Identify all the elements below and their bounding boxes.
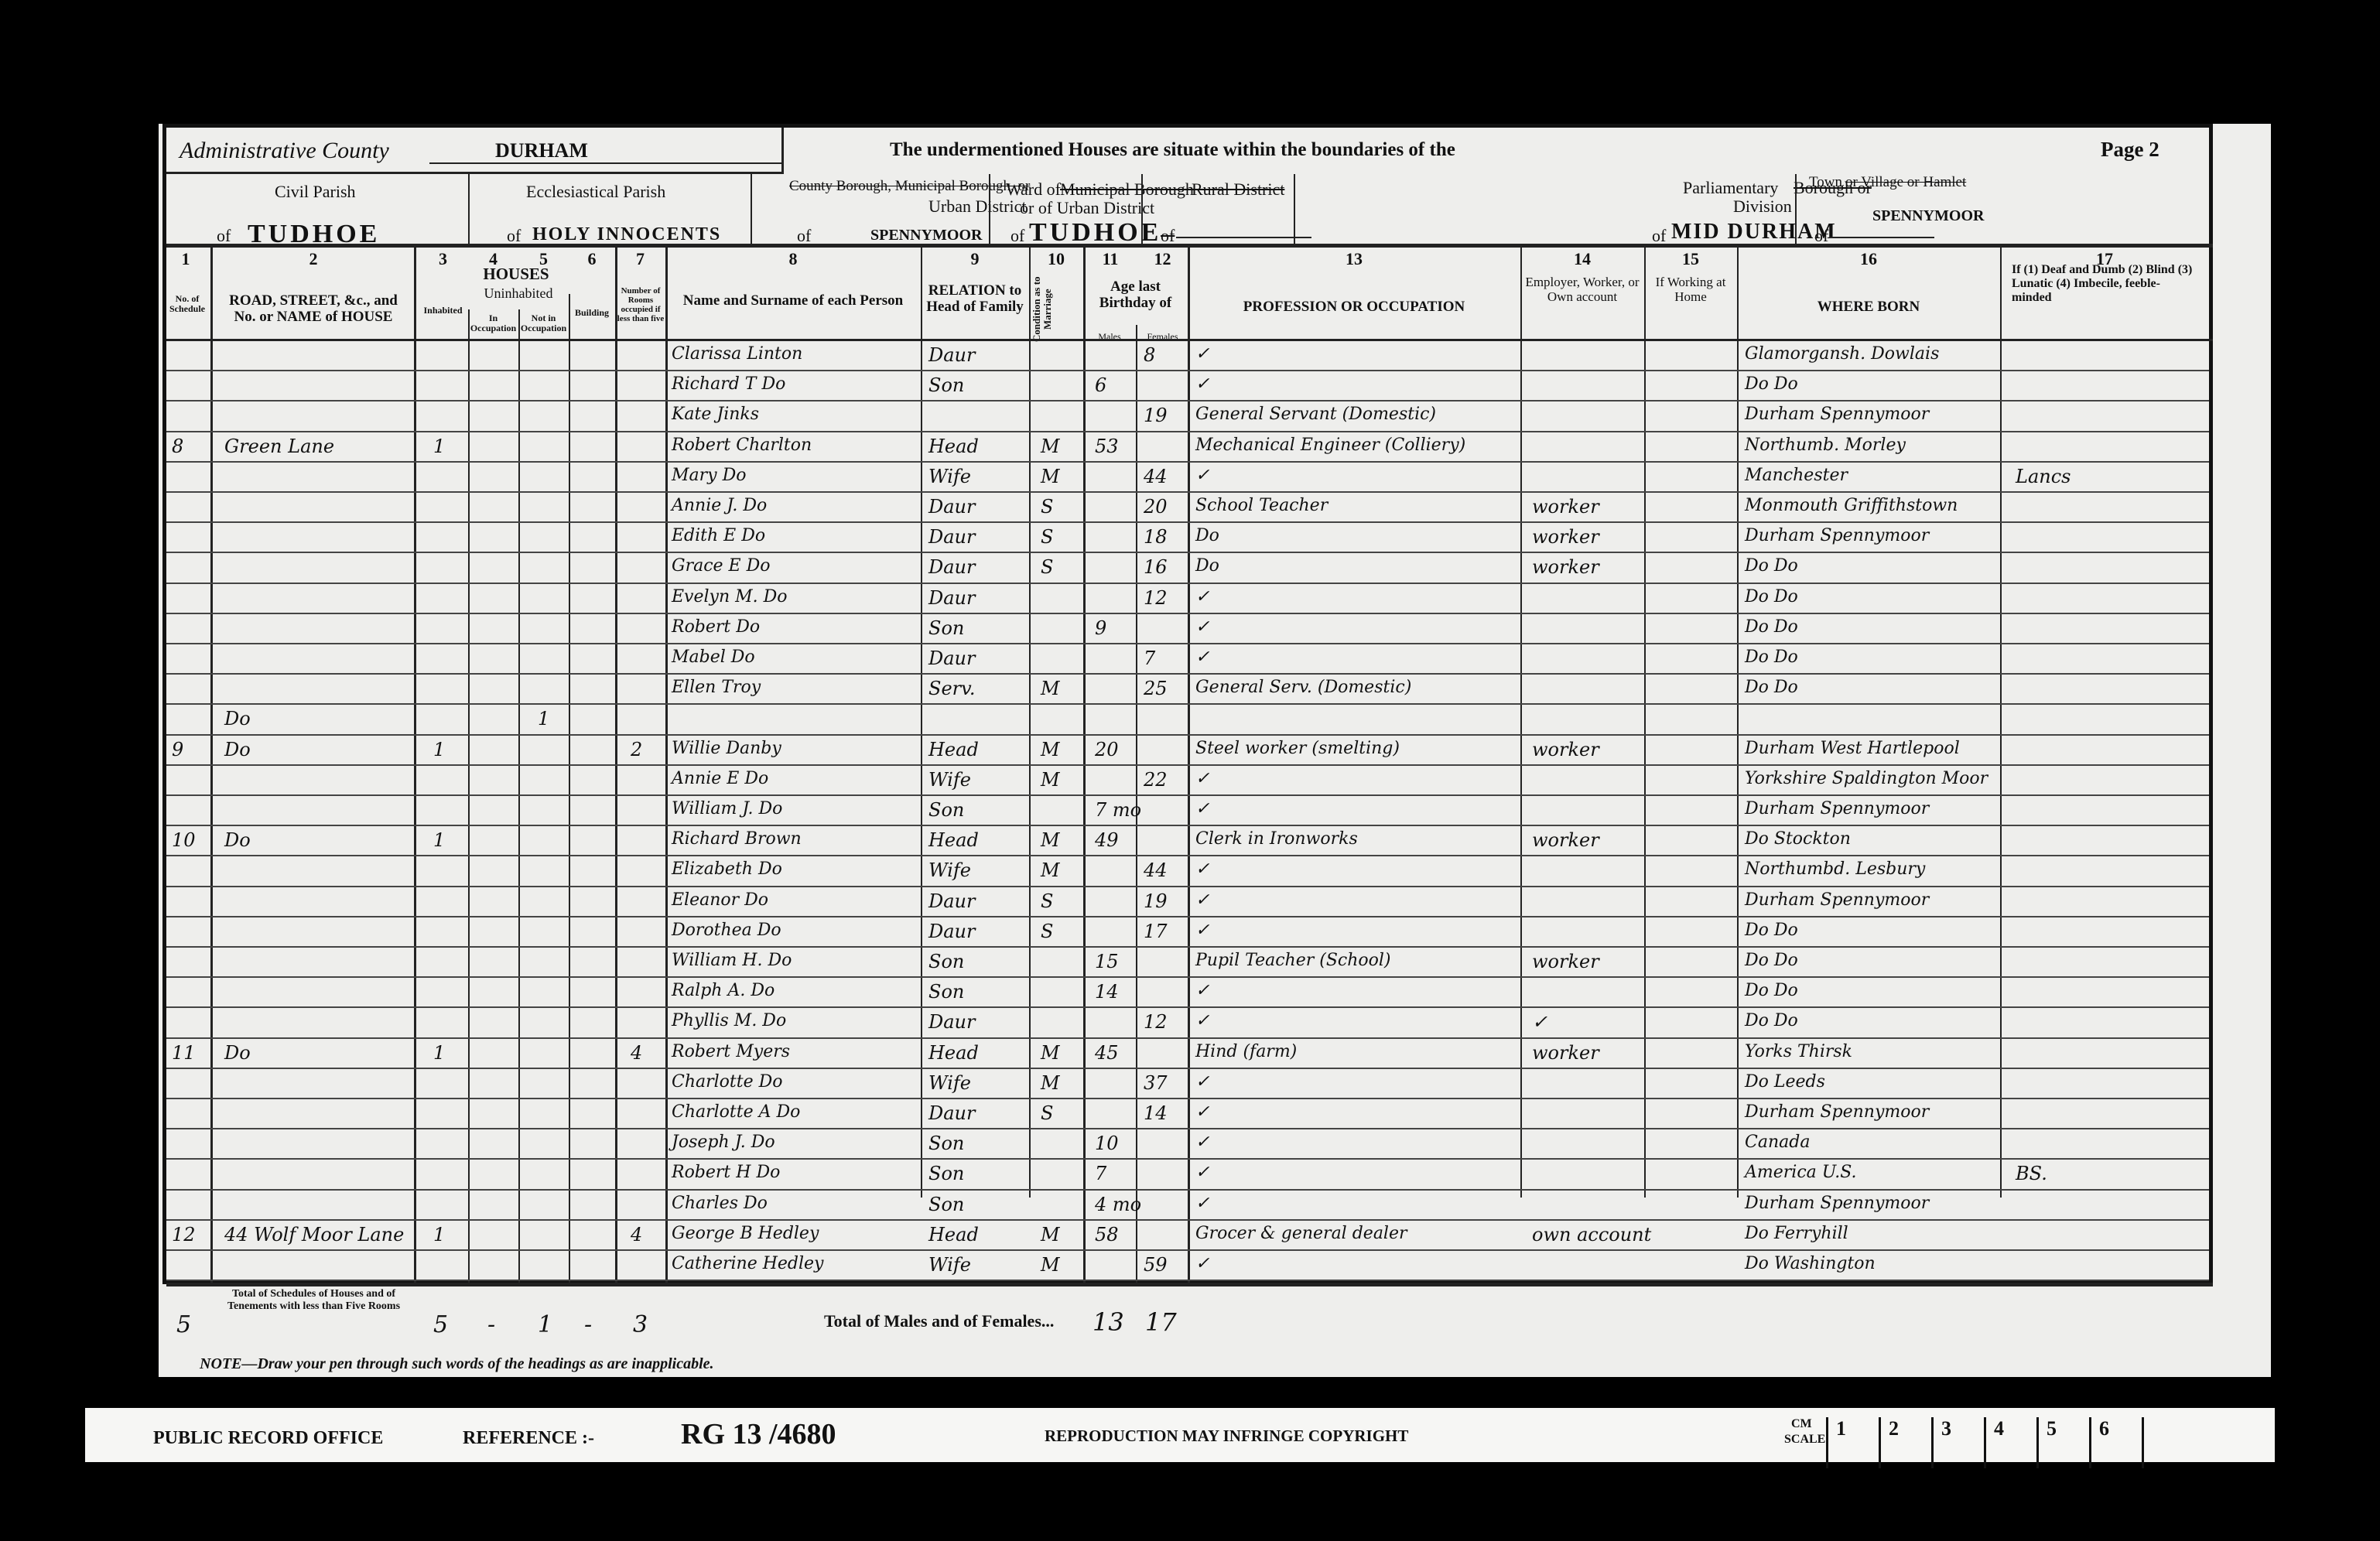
- age-female: 12: [1144, 587, 1168, 609]
- person-name: George B Hedley: [672, 1224, 819, 1243]
- relation: Son: [928, 1133, 964, 1154]
- person-name: Phyllis M. Do: [672, 1011, 786, 1030]
- total-inhabited: 5: [433, 1311, 448, 1338]
- birthplace: Do Do: [1745, 374, 1798, 394]
- employment-status: worker: [1532, 556, 1599, 578]
- birthplace: Do Leeds: [1745, 1072, 1825, 1092]
- person-name: Charles Do: [672, 1194, 768, 1213]
- relation: Head: [928, 436, 979, 457]
- admin-county-value: DURHAM: [495, 139, 588, 162]
- occupation: ✓: [1195, 890, 1209, 910]
- rooms: 2: [631, 739, 642, 760]
- occupation: ✓: [1195, 374, 1209, 394]
- condition: M: [1041, 739, 1060, 760]
- occupation: Hind (farm): [1195, 1042, 1297, 1061]
- occupation: Do: [1195, 526, 1219, 545]
- employment-status: worker: [1532, 951, 1599, 972]
- birthplace: Yorkshire Spaldington Moor: [1745, 769, 1988, 788]
- birthplace: Do Do: [1745, 981, 1798, 1000]
- inhabited: 1: [433, 1042, 445, 1064]
- person-name: Willie Danby: [672, 739, 781, 758]
- person-name: Mabel Do: [672, 647, 755, 667]
- birthplace: Durham Spennymoor: [1745, 1194, 1929, 1213]
- rooms: 4: [631, 1224, 642, 1245]
- footer-copyright: REPRODUCTION MAY INFRINGE COPYRIGHT: [1045, 1427, 1408, 1446]
- birthplace: Durham West Hartlepool: [1745, 739, 1960, 758]
- occupation: ✓: [1195, 466, 1209, 485]
- age-male: 49: [1095, 829, 1119, 851]
- relation: Daur: [928, 1011, 975, 1033]
- person-name: Ralph A. Do: [672, 981, 775, 1000]
- footer-reference-label: REFERENCE :-: [463, 1428, 594, 1449]
- birthplace: Glamorgansh. Dowlais: [1745, 344, 1939, 364]
- condition: M: [1041, 769, 1060, 791]
- town-value: SPENNYMOOR: [1872, 207, 1984, 225]
- condition: S: [1041, 890, 1053, 912]
- inhabited: 1: [433, 739, 445, 760]
- condition: M: [1041, 466, 1060, 487]
- age-female: 16: [1144, 556, 1168, 578]
- person-name: Clarissa Linton: [672, 344, 802, 364]
- condition: M: [1041, 436, 1060, 457]
- occupation: Pupil Teacher (School): [1195, 951, 1391, 970]
- person-name: Eleanor Do: [672, 890, 768, 910]
- age-female: 20: [1144, 496, 1168, 518]
- person-name: Elizabeth Do: [672, 859, 782, 879]
- birthplace: Do Ferryhill: [1745, 1224, 1848, 1243]
- age-male: 4 mo: [1095, 1194, 1141, 1215]
- inhabited: 1: [433, 436, 445, 457]
- age-female: 17: [1144, 921, 1168, 942]
- employment-status: worker: [1532, 496, 1599, 518]
- relation: Head: [928, 1042, 979, 1064]
- birthplace: Do Do: [1745, 951, 1798, 970]
- condition: S: [1041, 921, 1053, 942]
- condition: M: [1041, 1072, 1060, 1094]
- archive-footer: PUBLIC RECORD OFFICE REFERENCE :- RG 13 …: [85, 1402, 2275, 1468]
- birthplace: Do Washington: [1745, 1254, 1876, 1273]
- age-female: 37: [1144, 1072, 1168, 1094]
- age-male: 6: [1095, 374, 1106, 396]
- occupation: ✓: [1195, 921, 1209, 940]
- occupation: General Servant (Domestic): [1195, 405, 1436, 424]
- relation: Son: [928, 951, 964, 972]
- person-name: Annie E Do: [672, 769, 768, 788]
- relation: Head: [928, 829, 979, 851]
- schedule-number: 9: [172, 739, 183, 760]
- age-female: 7: [1144, 647, 1155, 669]
- relation: Son: [928, 981, 964, 1003]
- person-name: Robert H Do: [672, 1163, 780, 1182]
- age-female: 8: [1144, 344, 1155, 366]
- age-female: 22: [1144, 769, 1168, 791]
- condition: M: [1041, 1254, 1060, 1276]
- relation: Daur: [928, 344, 975, 366]
- birthplace: Manchester: [1745, 466, 1848, 485]
- uninhabited-not-in-occupation: 1: [538, 708, 549, 729]
- age-male: 53: [1095, 436, 1119, 457]
- occupation: ✓: [1195, 981, 1209, 1000]
- ward-label: Ward of: [1006, 179, 1061, 200]
- age-female: 44: [1144, 859, 1168, 881]
- person-name: Grace E Do: [672, 556, 770, 576]
- parliamentary-value: MID DURHAM: [1671, 220, 1837, 244]
- condition: M: [1041, 829, 1060, 851]
- age-female: 19: [1144, 890, 1168, 912]
- person-name: Edith E Do: [672, 526, 765, 545]
- totals-label: Total of Schedules of Houses and of Tene…: [215, 1288, 412, 1313]
- person-name: Richard T Do: [672, 374, 785, 394]
- total-females: 17: [1145, 1307, 1177, 1337]
- address: Do: [224, 1042, 251, 1064]
- person-name: Charlotte A Do: [672, 1102, 800, 1122]
- occupation: ✓: [1195, 617, 1209, 637]
- relation: Son: [928, 1163, 964, 1184]
- occupation: ✓: [1195, 769, 1209, 788]
- occupation: ✓: [1195, 344, 1209, 364]
- note: NOTE—Draw your pen through such words of…: [200, 1355, 714, 1373]
- person-name: Mary Do: [672, 466, 746, 485]
- total-rooms: 3: [633, 1311, 648, 1338]
- relation: Daur: [928, 526, 975, 548]
- total-not-in-occupation: 1: [538, 1311, 552, 1338]
- birthplace: Do Stockton: [1745, 829, 1851, 849]
- person-name: Robert Do: [672, 617, 760, 637]
- occupation: Do: [1195, 556, 1219, 576]
- employment-status: worker: [1532, 829, 1599, 851]
- condition: M: [1041, 859, 1060, 881]
- condition: S: [1041, 526, 1053, 548]
- age-male: 10: [1095, 1133, 1119, 1154]
- ward-label-struck: Municipal Borough: [1060, 179, 1194, 200]
- address: Do: [224, 739, 251, 760]
- inhabited: 1: [433, 829, 445, 851]
- age-male: 58: [1095, 1224, 1119, 1245]
- address: Do: [224, 708, 251, 729]
- town-label-struck: or Village or Hamlet: [1845, 174, 1966, 191]
- occupation: ✓: [1195, 1163, 1209, 1182]
- birthplace: Do Do: [1745, 1011, 1798, 1030]
- birthplace: Do Do: [1745, 647, 1798, 667]
- occupation: Mechanical Engineer (Colliery): [1195, 436, 1465, 455]
- relation: Wife: [928, 1072, 971, 1094]
- occupation: Grocer & general dealer: [1195, 1224, 1407, 1243]
- relation: Son: [928, 1194, 964, 1215]
- schedule-number: 10: [172, 829, 196, 851]
- relation: Wife: [928, 769, 971, 791]
- age-male: 20: [1095, 739, 1119, 760]
- footer-reference: RG 13 /4680: [681, 1417, 836, 1451]
- occupation: General Serv. (Domestic): [1195, 678, 1411, 697]
- urban-district-value: SPENNYMOOR: [870, 227, 982, 244]
- relation: Wife: [928, 1254, 971, 1276]
- inhabited: 1: [433, 1224, 445, 1245]
- relation: Daur: [928, 556, 975, 578]
- relation: Son: [928, 374, 964, 396]
- person-name: Robert Myers: [672, 1042, 790, 1061]
- age-female: 59: [1144, 1254, 1168, 1276]
- person-name: Joseph J. Do: [672, 1133, 775, 1152]
- birthplace: America U.S.: [1745, 1163, 1857, 1182]
- total-males-females-label: Total of Males and of Females...: [824, 1311, 1054, 1331]
- birthplace: Northumb. Morley: [1745, 436, 1906, 455]
- occupation: ✓: [1195, 1194, 1209, 1213]
- birthplace: Do Do: [1745, 617, 1798, 637]
- relation: Daur: [928, 647, 975, 669]
- age-female: 25: [1144, 678, 1168, 699]
- condition: M: [1041, 1042, 1060, 1064]
- birthplace: Northumbd. Lesbury: [1745, 859, 1925, 879]
- relation: Serv.: [928, 678, 975, 699]
- occupation: ✓: [1195, 799, 1209, 818]
- schedule-number: 11: [172, 1042, 196, 1064]
- total-males: 13: [1093, 1307, 1124, 1337]
- occupation: ✓: [1195, 647, 1209, 667]
- birthplace: Monmouth Griffithstown: [1745, 496, 1958, 515]
- occupation: ✓: [1195, 587, 1209, 606]
- person-name: Richard Brown: [672, 829, 802, 849]
- birthplace: Do Do: [1745, 556, 1798, 576]
- condition: S: [1041, 1102, 1053, 1124]
- occupation: ✓: [1195, 1102, 1209, 1122]
- relation: Head: [928, 739, 979, 760]
- condition: S: [1041, 556, 1053, 578]
- total-schedules: 5: [176, 1311, 191, 1338]
- birthplace: Canada: [1745, 1133, 1810, 1152]
- age-male: 9: [1095, 617, 1106, 639]
- schedule-number: 8: [172, 436, 183, 457]
- relation: Wife: [928, 466, 971, 487]
- parliamentary-label-2: Division: [1733, 196, 1792, 217]
- condition: M: [1041, 1224, 1060, 1245]
- ecclesiastical-parish-value: HOLY INNOCENTS: [532, 224, 721, 245]
- age-male: 7 mo: [1095, 799, 1141, 821]
- occupation: Clerk in Ironworks: [1195, 829, 1358, 849]
- age-female: 12: [1144, 1011, 1168, 1033]
- occupation: School Teacher: [1195, 496, 1328, 515]
- occupation: Steel worker (smelting): [1195, 739, 1400, 758]
- relation: Son: [928, 617, 964, 639]
- condition: M: [1041, 678, 1060, 699]
- infirmity: Lancs: [2016, 466, 2071, 487]
- rural-district-label: Rural District: [1192, 179, 1284, 200]
- person-name: Evelyn M. Do: [672, 587, 788, 606]
- address: Green Lane: [224, 436, 334, 457]
- person-name: Charlotte Do: [672, 1072, 783, 1092]
- birthplace: Durham Spennymoor: [1745, 405, 1929, 424]
- relation: Daur: [928, 1102, 975, 1124]
- person-name: Dorothea Do: [672, 921, 781, 940]
- urban-district-label-struck: County Borough, Municipal Borough, or: [789, 178, 1030, 195]
- civil-parish-label: Civil Parish: [275, 182, 356, 202]
- relation: Daur: [928, 587, 975, 609]
- birthplace: Do Do: [1745, 587, 1798, 606]
- age-female: 18: [1144, 526, 1168, 548]
- occupation: ✓: [1195, 1072, 1209, 1092]
- relation: Son: [928, 799, 964, 821]
- employment-status: worker: [1532, 1042, 1599, 1064]
- birthplace: Durham Spennymoor: [1745, 1102, 1929, 1122]
- relation: Daur: [928, 890, 975, 912]
- infirmity: BS.: [2016, 1163, 2047, 1184]
- occupation: ✓: [1195, 1254, 1209, 1273]
- footer-office: PUBLIC RECORD OFFICE: [153, 1428, 383, 1449]
- parliamentary-label: Parliamentary: [1683, 178, 1778, 198]
- age-female: 44: [1144, 466, 1168, 487]
- page-title: The undermentioned Houses are situate wi…: [890, 139, 1455, 161]
- page-number: Page 2: [2101, 138, 2159, 162]
- age-male: 15: [1095, 951, 1119, 972]
- employment-status: own account: [1532, 1224, 1651, 1245]
- occupation: ✓: [1195, 859, 1209, 879]
- employment-status: worker: [1532, 526, 1599, 548]
- relation: Daur: [928, 921, 975, 942]
- town-label: Town: [1809, 174, 1842, 191]
- birthplace: Durham Spennymoor: [1745, 890, 1929, 910]
- employment-status: worker: [1532, 739, 1599, 760]
- age-male: 7: [1095, 1163, 1106, 1184]
- total-in-occupation: -: [487, 1311, 495, 1338]
- total-building: -: [584, 1311, 592, 1338]
- address: Do: [224, 829, 251, 851]
- rooms: 4: [631, 1042, 642, 1064]
- relation: Daur: [928, 496, 975, 518]
- age-male: 14: [1095, 981, 1119, 1003]
- ecclesiastical-parish-label: Ecclesiastical Parish: [526, 182, 665, 202]
- occupation: ✓: [1195, 1133, 1209, 1152]
- person-name: Robert Charlton: [672, 436, 812, 455]
- person-name: William J. Do: [672, 799, 782, 818]
- birthplace: Yorks Thirsk: [1745, 1042, 1852, 1061]
- birthplace: Do Do: [1745, 921, 1798, 940]
- person-name: Kate Jinks: [672, 405, 759, 424]
- ward-label-2: or of Urban District: [1020, 198, 1154, 218]
- age-female: 14: [1144, 1102, 1168, 1124]
- person-name: William H. Do: [672, 951, 792, 970]
- birthplace: Durham Spennymoor: [1745, 799, 1929, 818]
- person-name: Catherine Hedley: [672, 1254, 824, 1273]
- birthplace: Do Do: [1745, 678, 1798, 697]
- occupation: ✓: [1195, 1011, 1209, 1030]
- person-name: Ellen Troy: [672, 678, 761, 697]
- relation: Head: [928, 1224, 979, 1245]
- person-name: Annie J. Do: [672, 496, 767, 515]
- age-male: 45: [1095, 1042, 1119, 1064]
- employment-status: ✓: [1532, 1011, 1547, 1033]
- age-female: 19: [1144, 405, 1168, 426]
- admin-county-label: Administrative County: [180, 138, 389, 164]
- birthplace: Durham Spennymoor: [1745, 526, 1929, 545]
- address: 44 Wolf Moor Lane: [224, 1224, 404, 1245]
- schedule-number: 12: [172, 1224, 196, 1245]
- condition: S: [1041, 496, 1053, 518]
- relation: Wife: [928, 859, 971, 881]
